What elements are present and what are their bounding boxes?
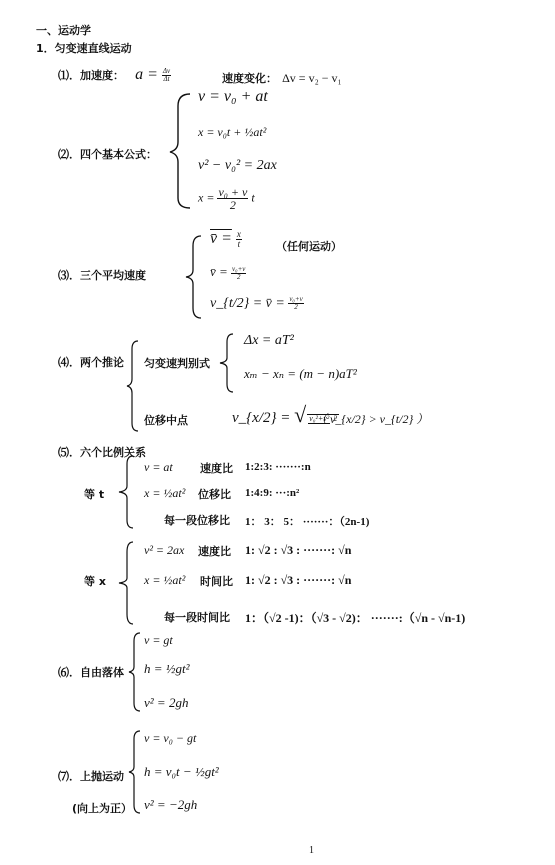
left-brace-icon <box>128 631 144 713</box>
ratio-value: 1：（√2 -1)：（√3 - √2)： ·······:（√n - √n-1) <box>245 609 465 626</box>
left-brace-icon <box>183 234 205 320</box>
ratio-value: 1: √2 : √3 : ·······: √n <box>245 543 351 558</box>
left-brace-icon <box>217 332 237 394</box>
avg-velocity-uniform-accel: v̄ = v₀+v 2 <box>210 264 246 281</box>
delta-x-formula: Δx = aT² <box>244 333 294 349</box>
uniform-accel-criterion-label: 匀变速判别式 <box>144 355 210 371</box>
avg-velocity-general: v̄ = x t <box>210 230 242 249</box>
acceleration-formula: a = Δv Δt <box>135 66 171 83</box>
formula-velocity-time: v = v₀ + at <box>198 88 268 106</box>
mid-velocity-comparison: （ v_{x/2} > v_{t/2} ） <box>315 410 428 427</box>
upward-positive-note: (向上为正） <box>72 800 132 816</box>
formula-lhs: a = <box>135 66 158 83</box>
fraction: Δv Δt <box>162 68 171 83</box>
ratio-name: 每一段位移比 <box>164 512 230 528</box>
ratio-value: 1:2:3: ·······:n <box>245 461 311 473</box>
free-fall-velocity: v = gt <box>144 633 173 648</box>
item-3-label: ⑶．三个平均速度 <box>58 267 146 283</box>
throw-up-velocity: v = v₀ − gt <box>144 731 196 746</box>
sqrt-icon: √ <box>294 402 306 427</box>
ratio-value: 1： 3： 5： ·······：（2n-1) <box>245 513 369 529</box>
ratio-formula: v² = 2ax <box>144 543 184 558</box>
ratio-formula: v = at <box>144 460 173 475</box>
ratio-name: 位移比 <box>198 486 231 502</box>
formula-velocity-displacement: v² − v₀² = 2ax <box>198 158 277 174</box>
denominator: 2 <box>236 274 242 281</box>
equal-displacement-label: 等 x <box>84 573 106 589</box>
formula-lhs: v̄ = <box>210 230 232 247</box>
left-brace-icon <box>117 540 137 626</box>
ratio-name: 每一段时间比 <box>164 609 230 625</box>
formula-lhs: v_{t/2} = v̄ = <box>210 296 285 311</box>
fraction: x t <box>236 230 242 249</box>
velocity-change: 速度变化： Δv = v₂ − v₁ <box>222 67 342 86</box>
fraction: v₀+v 2 <box>231 266 246 281</box>
page-number: 1 <box>309 845 314 856</box>
formula-tail: t <box>251 190 254 204</box>
item-2-label: ⑵．四个基本公式： <box>58 146 157 162</box>
denominator: 2 <box>229 199 237 211</box>
ratio-value: 1: √2 : √3 : ·······: √n <box>245 573 351 588</box>
item-1: ⑴．加速度： a = Δv Δt <box>58 64 171 84</box>
velocity-change-label: 速度变化： <box>222 72 277 85</box>
formula-average-displacement: x = v₀ + v 2 t <box>198 186 255 211</box>
item-4-label: ⑷．两个推论 <box>58 354 124 370</box>
brace-wrapper <box>117 540 137 630</box>
left-brace-icon <box>126 339 142 433</box>
equal-time-label: 等 t <box>84 486 104 502</box>
denominator: t <box>237 240 242 249</box>
ratio-value: 1:4:9: ···:n² <box>245 487 299 499</box>
ratio-name: 速度比 <box>200 460 233 476</box>
formula-displacement-time: x = v₀t + ½at² <box>198 125 266 140</box>
ratio-name: 时间比 <box>200 573 233 589</box>
formula-lhs: x = <box>198 190 214 204</box>
denominator: 2 <box>293 304 299 311</box>
section-title: 1．匀变速直线运动 <box>36 40 132 56</box>
formula-lhs: v_{x/2} = <box>232 410 290 426</box>
any-motion-note: （任何运动） <box>276 238 342 254</box>
item-7-label: ⑺．上抛运动 <box>58 768 124 784</box>
fraction: v₀ + v 2 <box>217 186 248 211</box>
left-brace-icon <box>117 454 137 530</box>
item-6-label: ⑹．自由落体 <box>58 664 124 680</box>
item-1-label: ⑴．加速度： <box>58 69 124 82</box>
fraction: v₀+v 2 <box>288 296 303 311</box>
velocity-change-formula: Δv = v₂ − v₁ <box>282 71 342 85</box>
throw-up-height: h = v₀t − ½gt² <box>144 764 219 780</box>
xm-xn-formula: xₘ − xₙ = (m − n)aT² <box>244 366 357 382</box>
ratio-formula: x = ½at² <box>144 486 185 501</box>
formula-lhs: v̄ = <box>210 264 228 279</box>
free-fall-height: h = ½gt² <box>144 661 190 677</box>
ratio-formula: x = ½at² <box>144 573 185 588</box>
mid-time-velocity: v_{t/2} = v̄ = v₀+v 2 <box>210 296 304 312</box>
chapter-title: 一、运动学 <box>36 22 91 38</box>
throw-up-velocity-height: v² = −2gh <box>144 797 197 813</box>
left-brace-icon <box>128 729 144 815</box>
mid-position-label: 位移中点 <box>144 412 188 428</box>
free-fall-velocity-height: v² = 2gh <box>144 695 188 711</box>
denominator: Δt <box>162 76 170 83</box>
ratio-name: 速度比 <box>198 543 231 559</box>
left-brace-icon <box>168 92 194 210</box>
